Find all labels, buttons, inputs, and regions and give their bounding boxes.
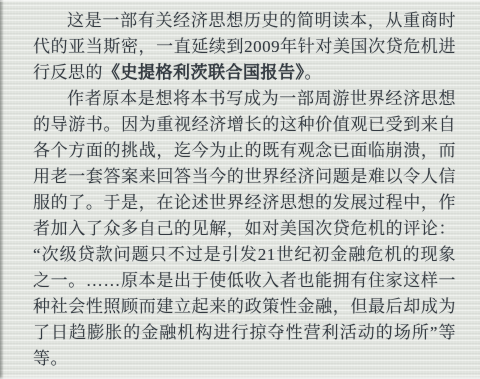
scan-edge-highlight-top [0, 0, 480, 2]
text-line: 代的亚当斯密，一直延续到2009年针对美国次贷危机进 [33, 34, 456, 60]
text-segment: 作者原本是想将本书写成为一部周游世界经济思想 [67, 89, 456, 108]
text-line: 者加入了众多自己的见解，如对美国次贷危机的评论： [33, 216, 456, 242]
text-segment: 了日趋膨胀的金融机构进行掠夺性营利活动的场所”等 [33, 323, 456, 342]
text-line: 了日趋膨胀的金融机构进行掠夺性营利活动的场所”等 [33, 320, 456, 346]
text-segment: 的导游书。因为重视经济增长的这种价值观已受到来自 [33, 115, 456, 134]
text-line: 的导游书。因为重视经济增长的这种价值观已受到来自 [33, 112, 456, 138]
text-line: 之一。……原本是出于使低收入者也能拥有住家这样一 [33, 268, 456, 294]
text-line: 等。 [33, 346, 456, 372]
text-segment: 这是一部有关经济思想历史的简明读本，从重商时 [67, 11, 456, 30]
text-segment: 之一。……原本是出于使低收入者也能拥有住家这样一 [33, 271, 456, 290]
book-title-emphasis: 《史提格利茨联合国报告》 [103, 63, 305, 82]
text-segment: 代的亚当斯密，一直延续到2009年针对美国次贷危机进 [33, 37, 456, 56]
text-line: 服的了。于是，在论述世界经济思想的发展过程中，作 [33, 190, 456, 216]
text-segment: 。 [305, 63, 323, 82]
text-line: 行反思的《史提格利茨联合国报告》。 [33, 60, 456, 86]
paragraph-1: 这是一部有关经济思想历史的简明读本，从重商时代的亚当斯密，一直延续到2009年针… [33, 8, 456, 86]
text-line: 种社会性照顾而建立起来的政策性金融，但最后却成为 [33, 294, 456, 320]
text-segment: 等。 [33, 349, 68, 368]
text-segment: 服的了。于是，在论述世界经济思想的发展过程中，作 [33, 193, 456, 212]
text-line: 用老一套答案来回答当今的世界经济问题是难以令人信 [33, 164, 456, 190]
text-segment: 者加入了众多自己的见解，如对美国次贷危机的评论： [33, 219, 456, 238]
paragraph-2: 作者原本是想将本书写成为一部周游世界经济思想的导游书。因为重视经济增长的这种价值… [33, 86, 456, 372]
text-segment: 行反思的 [33, 63, 103, 82]
text-line: 各个方面的挑战，迄今为止的既有观念已面临崩溃，而 [33, 138, 456, 164]
text-line: 这是一部有关经济思想历史的简明读本，从重商时 [33, 8, 456, 34]
text-segment: 用老一套答案来回答当今的世界经济问题是难以令人信 [33, 167, 456, 186]
scan-edge-shadow-left [0, 0, 4, 379]
scanned-page-text: 这是一部有关经济思想历史的简明读本，从重商时代的亚当斯密，一直延续到2009年针… [33, 8, 456, 372]
text-segment: 各个方面的挑战，迄今为止的既有观念已面临崩溃，而 [33, 141, 456, 160]
text-segment: “次级贷款问题只不过是引发21世纪初金融危机的现象 [33, 245, 456, 264]
text-line: “次级贷款问题只不过是引发21世纪初金融危机的现象 [33, 242, 456, 268]
text-line: 作者原本是想将本书写成为一部周游世界经济思想 [33, 86, 456, 112]
scanned-page: 这是一部有关经济思想历史的简明读本，从重商时代的亚当斯密，一直延续到2009年针… [0, 0, 480, 379]
text-segment: 种社会性照顾而建立起来的政策性金融，但最后却成为 [33, 297, 456, 316]
